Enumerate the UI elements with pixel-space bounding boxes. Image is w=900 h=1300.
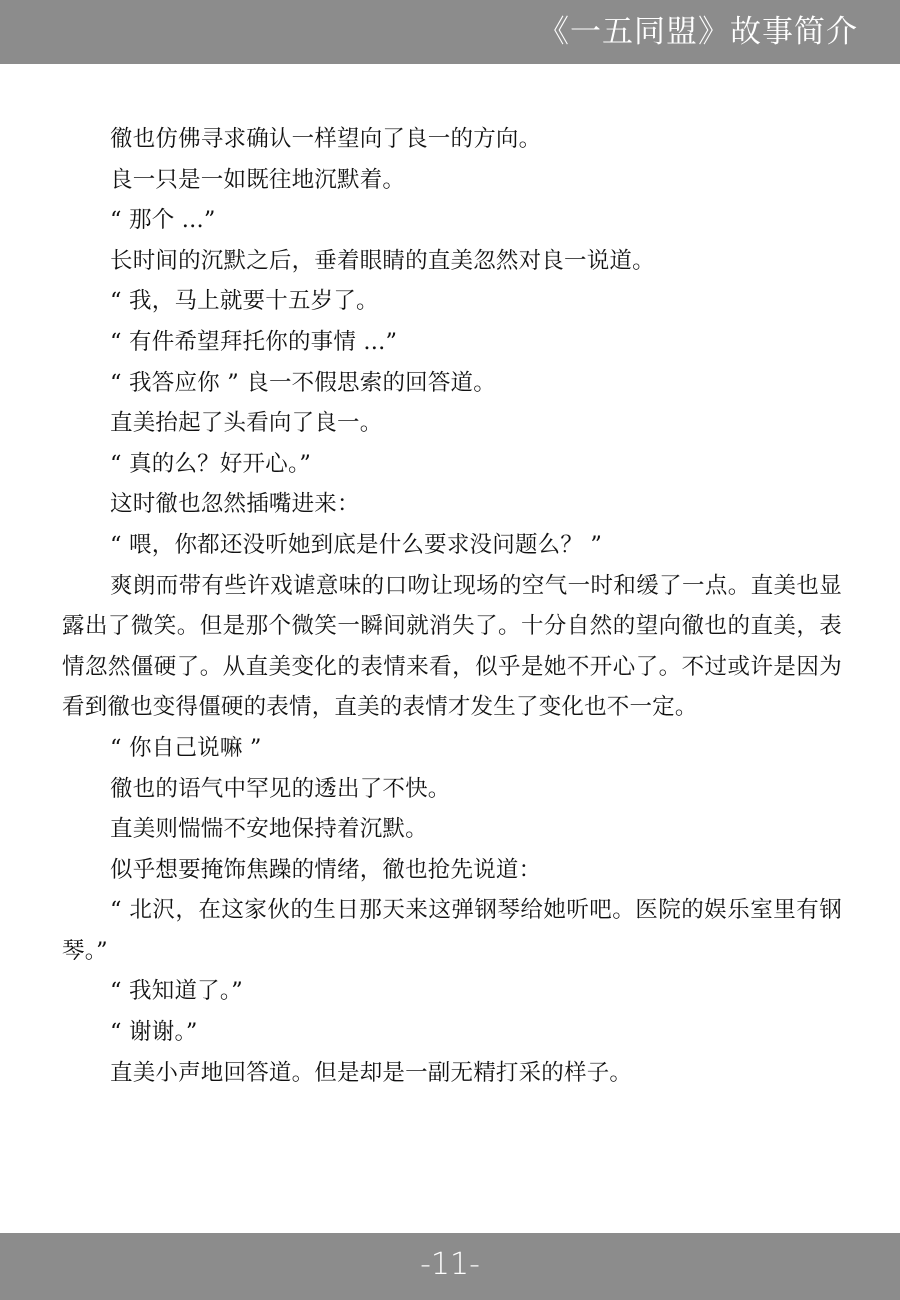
paragraph: “ 有件希望拜托你的事情 ...”	[62, 322, 842, 363]
paragraph: “ 喂，你都还没听她到底是什么要求没问题么？ ”	[62, 525, 842, 566]
document-title: 《一五同盟》故事简介	[538, 9, 858, 55]
paragraph: 徹也仿佛寻求确认一样望向了良一的方向。	[62, 119, 842, 160]
paragraph: 长时间的沉默之后，垂着眼睛的直美忽然对良一说道。	[62, 241, 842, 282]
page-header-bar: 《一五同盟》故事简介	[0, 0, 900, 64]
paragraph: 似乎想要掩饰焦躁的情绪，徹也抢先说道：	[62, 850, 842, 891]
paragraph: 徹也的语气中罕见的透出了不快。	[62, 769, 842, 810]
paragraph: 良一只是一如既往地沉默着。	[62, 160, 842, 201]
page-number: -11-	[0, 1245, 900, 1285]
paragraph: “ 我答应你 ” 良一不假思索的回答道。	[62, 363, 842, 404]
paragraph: “ 我知道了。”	[62, 971, 842, 1012]
page-footer-bar: -11-	[0, 1233, 900, 1300]
paragraph: 直美抬起了头看向了良一。	[62, 403, 842, 444]
paragraph: 直美则惴惴不安地保持着沉默。	[62, 809, 842, 850]
paragraph: 这时徹也忽然插嘴进来：	[62, 484, 842, 525]
paragraph: 直美小声地回答道。但是却是一副无精打采的样子。	[62, 1053, 842, 1094]
story-text-body: 徹也仿佛寻求确认一样望向了良一的方向。 良一只是一如既往地沉默着。 “ 那个 .…	[62, 119, 842, 1093]
paragraph: “ 那个 ...”	[62, 200, 842, 241]
paragraph: “ 北沢，在这家伙的生日那天来这弹钢琴给她听吧。医院的娱乐室里有钢琴。”	[62, 890, 842, 971]
paragraph: “ 真的么？好开心。”	[62, 444, 842, 485]
paragraph: “ 你自己说嘛 ”	[62, 728, 842, 769]
paragraph: “ 我，马上就要十五岁了。	[62, 281, 842, 322]
paragraph: “ 谢谢。”	[62, 1012, 842, 1053]
paragraph: 爽朗而带有些许戏谑意味的口吻让现场的空气一时和缓了一点。直美也显露出了微笑。但是…	[62, 566, 842, 728]
